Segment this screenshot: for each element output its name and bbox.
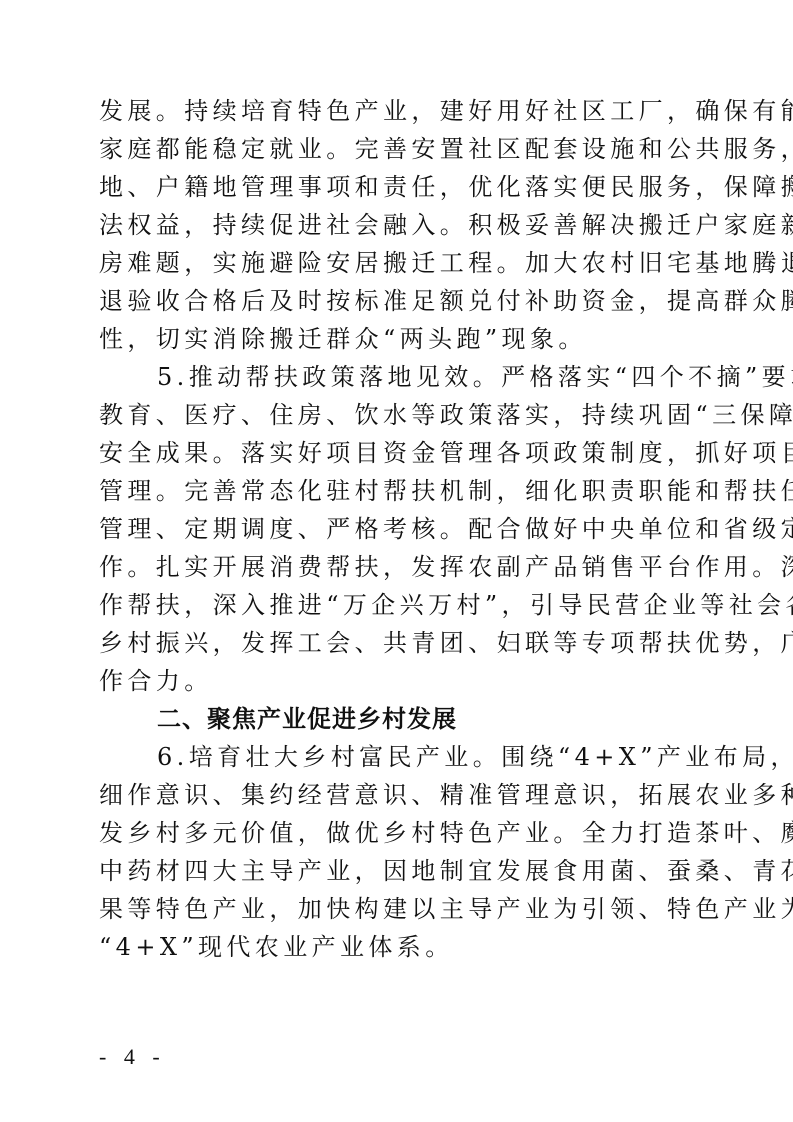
text-line: 发乡村多元价值，做优乡村特色产业。全力打造茶叶、魔芋、畜牧、	[99, 814, 711, 852]
section-heading: 二、聚焦产业促进乡村发展	[99, 700, 711, 738]
text-line: 中药材四大主导产业，因地制宜发展食用菌、蚕桑、青花椒、小杂	[99, 852, 711, 890]
text-line: 乡村振兴，发挥工会、共青团、妇联等专项帮扶优势，广泛凝聚工	[99, 624, 711, 662]
page-number: - 4 -	[99, 1044, 166, 1070]
text-line: 果等特色产业，加快构建以主导产业为引领、特色产业为补充的	[99, 890, 711, 928]
text-line: 发展。持续培育特色产业，建好用好社区工厂，确保有能力的搬迁	[99, 92, 711, 130]
text-line: 管理。完善常态化驻村帮扶机制，细化职责职能和帮扶任务，加强	[99, 472, 711, 510]
text-line: 房难题，实施避险安居搬迁工程。加大农村旧宅基地腾退力度，腾	[99, 244, 711, 282]
text-line: 作帮扶，深入推进“万企兴万村”，引导民营企业等社会各界助力	[99, 586, 711, 624]
text-line: 性，切实消除搬迁群众“两头跑”现象。	[99, 320, 711, 358]
text-line: 家庭都能稳定就业。完善安置社区配套设施和公共服务，厘清居住	[99, 130, 711, 168]
text-line: “4+X”现代农业产业体系。	[99, 928, 711, 966]
text-line: 法权益，持续促进社会融入。积极妥善解决搬迁户家庭新增人口住	[99, 206, 711, 244]
text-line: 地、户籍地管理事项和责任，优化落实便民服务，保障搬迁群众合	[99, 168, 711, 206]
text-line: 作。扎实开展消费帮扶，发挥农副产品销售平台作用。深化苏陕协	[99, 548, 711, 586]
text-line: 教育、医疗、住房、饮水等政策落实，持续巩固“三保障”和饮水	[99, 396, 711, 434]
text-line: 细作意识、集约经营意识、精准管理意识，拓展农业多种功能、开	[99, 776, 711, 814]
paragraph-6-start: 6.培育壮大乡村富民产业。围绕“4+X”产业布局，强化精耕	[99, 738, 711, 776]
document-page: 发展。持续培育特色产业，建好用好社区工厂，确保有能力的搬迁 家庭都能稳定就业。完…	[99, 92, 711, 966]
paragraph-5-start: 5.推动帮扶政策落地见效。严格落实“四个不摘”要求，抓好	[99, 358, 711, 396]
text-line: 管理、定期调度、严格考核。配合做好中央单位和省级定点帮扶工	[99, 510, 711, 548]
text-line: 退验收合格后及时按标准足额兑付补助资金，提高群众腾退积极	[99, 282, 711, 320]
text-line: 作合力。	[99, 662, 711, 700]
text-line: 安全成果。落实好项目资金管理各项政策制度，抓好项目资产后续	[99, 434, 711, 472]
